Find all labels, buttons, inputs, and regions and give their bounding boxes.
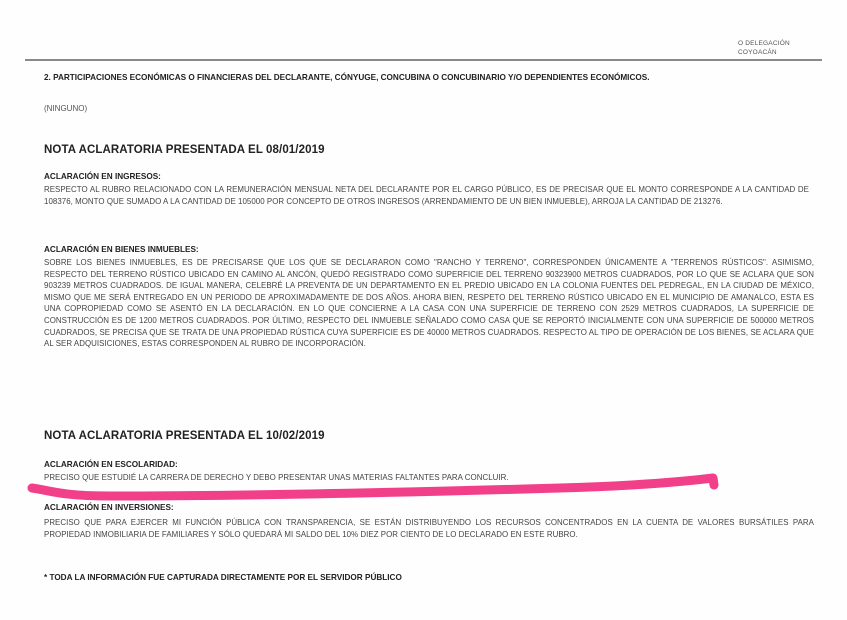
section-value-ninguno: (NINGUNO) xyxy=(44,104,824,113)
aclaracion-ingresos-text: RESPECTO AL RUBRO RELACIONADO CON LA REM… xyxy=(44,184,809,207)
aclaracion-escolaridad-text: PRECISO QUE ESTUDIÉ LA CARRERA DE DERECH… xyxy=(44,472,824,484)
header-delegacion: O DELEGACIÓN COYOACÁN xyxy=(738,39,790,57)
document-page: O DELEGACIÓN COYOACÁN 2. PARTICIPACIONES… xyxy=(0,0,847,620)
header-delegacion-line1: O DELEGACIÓN xyxy=(738,39,790,48)
section-title-participaciones: 2. PARTICIPACIONES ECONÓMICAS O FINANCIE… xyxy=(44,72,824,83)
aclaracion-escolaridad-heading: ACLARACIÓN EN ESCOLARIDAD: xyxy=(44,460,824,469)
footnote: * TODA LA INFORMACIÓN FUE CAPTURADA DIRE… xyxy=(44,573,824,582)
aclaracion-ingresos-heading: ACLARACIÓN EN INGRESOS: xyxy=(44,172,824,181)
aclaracion-bienes-heading: ACLARACIÓN EN BIENES INMUEBLES: xyxy=(44,245,824,254)
aclaracion-inversiones-heading: ACLARACIÓN EN INVERSIONES: xyxy=(44,503,824,512)
aclaracion-inversiones-text: PRECISO QUE PARA EJERCER MI FUNCIÓN PÚBL… xyxy=(44,517,814,540)
header-delegacion-line2: COYOACÁN xyxy=(738,48,790,57)
nota-aclaratoria-title-2: NOTA ACLARATORIA PRESENTADA EL 10/02/201… xyxy=(44,430,824,442)
nota-aclaratoria-title-1: NOTA ACLARATORIA PRESENTADA EL 08/01/201… xyxy=(44,144,824,156)
header-divider xyxy=(25,59,822,61)
aclaracion-bienes-text: SOBRE LOS BIENES INMUEBLES, ES DE PRECIS… xyxy=(44,257,814,350)
